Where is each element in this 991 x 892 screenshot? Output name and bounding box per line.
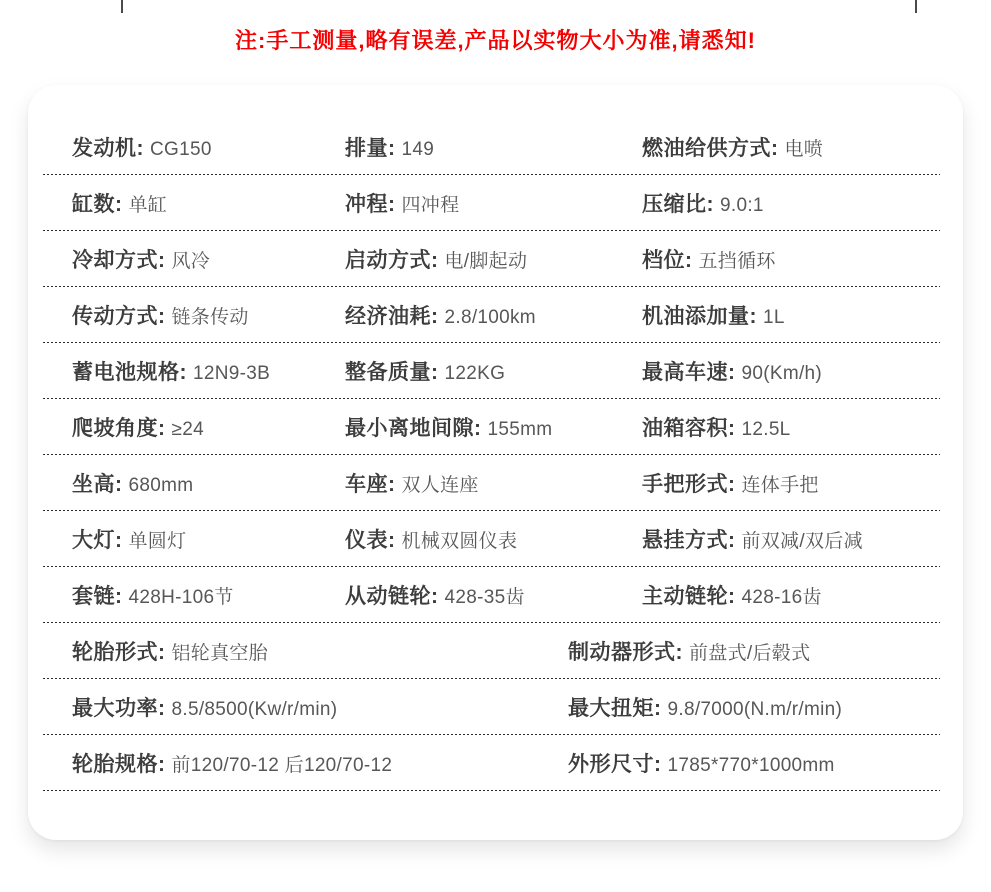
spec-value: 428-35齿 xyxy=(445,587,525,608)
spec-label: 从动链轮: xyxy=(345,585,439,608)
spec-value: 单圆灯 xyxy=(129,531,187,552)
spec-label: 冲程: xyxy=(345,193,396,216)
spec-cell: 档位:五挡循环 xyxy=(642,244,940,274)
spec-cell: 冷却方式:风冷 xyxy=(72,244,345,274)
spec-cell: 悬挂方式:前双减/双后减 xyxy=(642,524,940,554)
spec-value: 1785*770*1000mm xyxy=(668,755,835,776)
spec-label: 轮胎形式: xyxy=(72,641,166,664)
spec-value: 链条传动 xyxy=(172,307,249,328)
spec-value: 1L xyxy=(763,307,785,328)
spec-label: 传动方式: xyxy=(72,305,166,328)
spec-cell: 经济油耗:2.8/100km xyxy=(345,300,642,330)
spec-value: 9.0:1 xyxy=(720,195,764,216)
spec-cell: 最高车速:90(Km/h) xyxy=(642,356,940,386)
spec-value: 电喷 xyxy=(785,139,824,160)
spec-value: 149 xyxy=(402,139,435,160)
spec-row: 坐高:680mm车座:双人连座手把形式:连体手把 xyxy=(43,455,940,511)
spec-label: 手把形式: xyxy=(642,473,736,496)
spec-value: 双人连座 xyxy=(402,475,479,496)
spec-row: 蓄电池规格:12N9-3B整备质量:122KG最高车速:90(Km/h) xyxy=(43,343,940,399)
spec-value: 单缸 xyxy=(129,195,168,216)
spec-cell: 机油添加量:1L xyxy=(642,300,940,330)
spec-label: 档位: xyxy=(642,249,693,272)
spec-cell: 发动机:CG150 xyxy=(72,132,345,162)
spec-row: 轮胎形式:铝轮真空胎制动器形式:前盘式/后毂式 xyxy=(43,623,940,679)
spec-value: 8.5/8500(Kw/r/min) xyxy=(172,699,338,720)
spec-value: 前120/70-12 后120/70-12 xyxy=(172,755,393,776)
spec-value: 122KG xyxy=(445,363,506,384)
top-tick-left xyxy=(121,0,123,13)
spec-cell: 套链:428H-106节 xyxy=(72,580,345,610)
spec-label: 外形尺寸: xyxy=(568,753,662,776)
spec-row: 缸数:单缸冲程:四冲程压缩比:9.0:1 xyxy=(43,175,940,231)
spec-value: 前双减/双后减 xyxy=(742,531,863,552)
spec-label: 仪表: xyxy=(345,529,396,552)
spec-cell: 传动方式:链条传动 xyxy=(72,300,345,330)
spec-cell: 油箱容积:12.5L xyxy=(642,412,940,442)
spec-label: 压缩比: xyxy=(642,193,714,216)
spec-label: 轮胎规格: xyxy=(72,753,166,776)
spec-value: 9.8/7000(N.m/r/min) xyxy=(668,699,843,720)
spec-label: 冷却方式: xyxy=(72,249,166,272)
spec-cell: 车座:双人连座 xyxy=(345,468,642,498)
spec-label: 燃油给供方式: xyxy=(642,137,779,160)
spec-cell: 冲程:四冲程 xyxy=(345,188,642,218)
spec-cell: 启动方式:电/脚起动 xyxy=(345,244,642,274)
spec-card: 发动机:CG150排量:149燃油给供方式:电喷缸数:单缸冲程:四冲程压缩比:9… xyxy=(28,85,963,840)
spec-row: 爬坡角度:≥24最小离地间隙:155mm油箱容积:12.5L xyxy=(43,399,940,455)
spec-label: 最小离地间隙: xyxy=(345,417,482,440)
spec-cell: 蓄电池规格:12N9-3B xyxy=(72,356,345,386)
spec-row: 轮胎规格:前120/70-12 后120/70-12外形尺寸:1785*770*… xyxy=(43,735,940,791)
spec-value: 风冷 xyxy=(172,251,211,272)
spec-cell: 轮胎形式:铝轮真空胎 xyxy=(72,636,568,666)
spec-cell: 手把形式:连体手把 xyxy=(642,468,940,498)
spec-row: 最大功率:8.5/8500(Kw/r/min)最大扭矩:9.8/7000(N.m… xyxy=(43,679,940,735)
spec-label: 发动机: xyxy=(72,137,144,160)
spec-cell: 大灯:单圆灯 xyxy=(72,524,345,554)
spec-value: 四冲程 xyxy=(402,195,460,216)
spec-cell: 最大功率:8.5/8500(Kw/r/min) xyxy=(72,692,568,722)
spec-label: 启动方式: xyxy=(345,249,439,272)
spec-label: 坐高: xyxy=(72,473,123,496)
spec-value: 前盘式/后毂式 xyxy=(689,643,810,664)
spec-value: 428H-106节 xyxy=(129,587,234,608)
spec-value: 连体手把 xyxy=(742,475,819,496)
spec-label: 整备质量: xyxy=(345,361,439,384)
spec-label: 机油添加量: xyxy=(642,305,757,328)
spec-cell: 外形尺寸:1785*770*1000mm xyxy=(568,748,940,778)
spec-cell: 制动器形式:前盘式/后毂式 xyxy=(568,636,940,666)
top-tick-right xyxy=(915,0,917,13)
spec-label: 制动器形式: xyxy=(568,641,683,664)
spec-table: 发动机:CG150排量:149燃油给供方式:电喷缸数:单缸冲程:四冲程压缩比:9… xyxy=(43,119,940,791)
spec-label: 缸数: xyxy=(72,193,123,216)
spec-cell: 轮胎规格:前120/70-12 后120/70-12 xyxy=(72,748,568,778)
spec-value: 155mm xyxy=(488,419,553,440)
spec-label: 蓄电池规格: xyxy=(72,361,187,384)
spec-label: 最大功率: xyxy=(72,697,166,720)
spec-value: 电/脚起动 xyxy=(445,251,528,272)
spec-value: 90(Km/h) xyxy=(742,363,823,384)
spec-cell: 从动链轮:428-35齿 xyxy=(345,580,642,610)
spec-value: 五挡循环 xyxy=(699,251,776,272)
spec-value: 680mm xyxy=(129,475,194,496)
spec-cell: 燃油给供方式:电喷 xyxy=(642,132,940,162)
spec-label: 悬挂方式: xyxy=(642,529,736,552)
spec-cell: 排量:149 xyxy=(345,132,642,162)
measurement-note: 注:手工测量,略有误差,产品以实物大小为准,请悉知! xyxy=(0,24,991,55)
spec-value: 铝轮真空胎 xyxy=(172,643,269,664)
spec-label: 车座: xyxy=(345,473,396,496)
spec-label: 油箱容积: xyxy=(642,417,736,440)
spec-cell: 坐高:680mm xyxy=(72,468,345,498)
spec-cell: 缸数:单缸 xyxy=(72,188,345,218)
spec-cell: 最大扭矩:9.8/7000(N.m/r/min) xyxy=(568,692,940,722)
spec-label: 主动链轮: xyxy=(642,585,736,608)
spec-value: 428-16齿 xyxy=(742,587,822,608)
spec-cell: 仪表:机械双圆仪表 xyxy=(345,524,642,554)
spec-cell: 主动链轮:428-16齿 xyxy=(642,580,940,610)
spec-value: 12N9-3B xyxy=(193,363,270,384)
spec-cell: 压缩比:9.0:1 xyxy=(642,188,940,218)
spec-row: 传动方式:链条传动经济油耗:2.8/100km机油添加量:1L xyxy=(43,287,940,343)
spec-label: 最高车速: xyxy=(642,361,736,384)
spec-value: 机械双圆仪表 xyxy=(402,531,518,552)
spec-label: 套链: xyxy=(72,585,123,608)
spec-value: 2.8/100km xyxy=(445,307,536,328)
spec-label: 大灯: xyxy=(72,529,123,552)
spec-row: 发动机:CG150排量:149燃油给供方式:电喷 xyxy=(43,119,940,175)
spec-cell: 整备质量:122KG xyxy=(345,356,642,386)
spec-row: 冷却方式:风冷启动方式:电/脚起动档位:五挡循环 xyxy=(43,231,940,287)
spec-value: ≥24 xyxy=(172,419,204,440)
spec-row: 大灯:单圆灯仪表:机械双圆仪表悬挂方式:前双减/双后减 xyxy=(43,511,940,567)
spec-row: 套链:428H-106节从动链轮:428-35齿主动链轮:428-16齿 xyxy=(43,567,940,623)
spec-label: 经济油耗: xyxy=(345,305,439,328)
spec-cell: 最小离地间隙:155mm xyxy=(345,412,642,442)
spec-label: 最大扭矩: xyxy=(568,697,662,720)
spec-cell: 爬坡角度:≥24 xyxy=(72,412,345,442)
spec-value: CG150 xyxy=(150,139,212,160)
spec-label: 爬坡角度: xyxy=(72,417,166,440)
spec-value: 12.5L xyxy=(742,419,791,440)
spec-label: 排量: xyxy=(345,137,396,160)
